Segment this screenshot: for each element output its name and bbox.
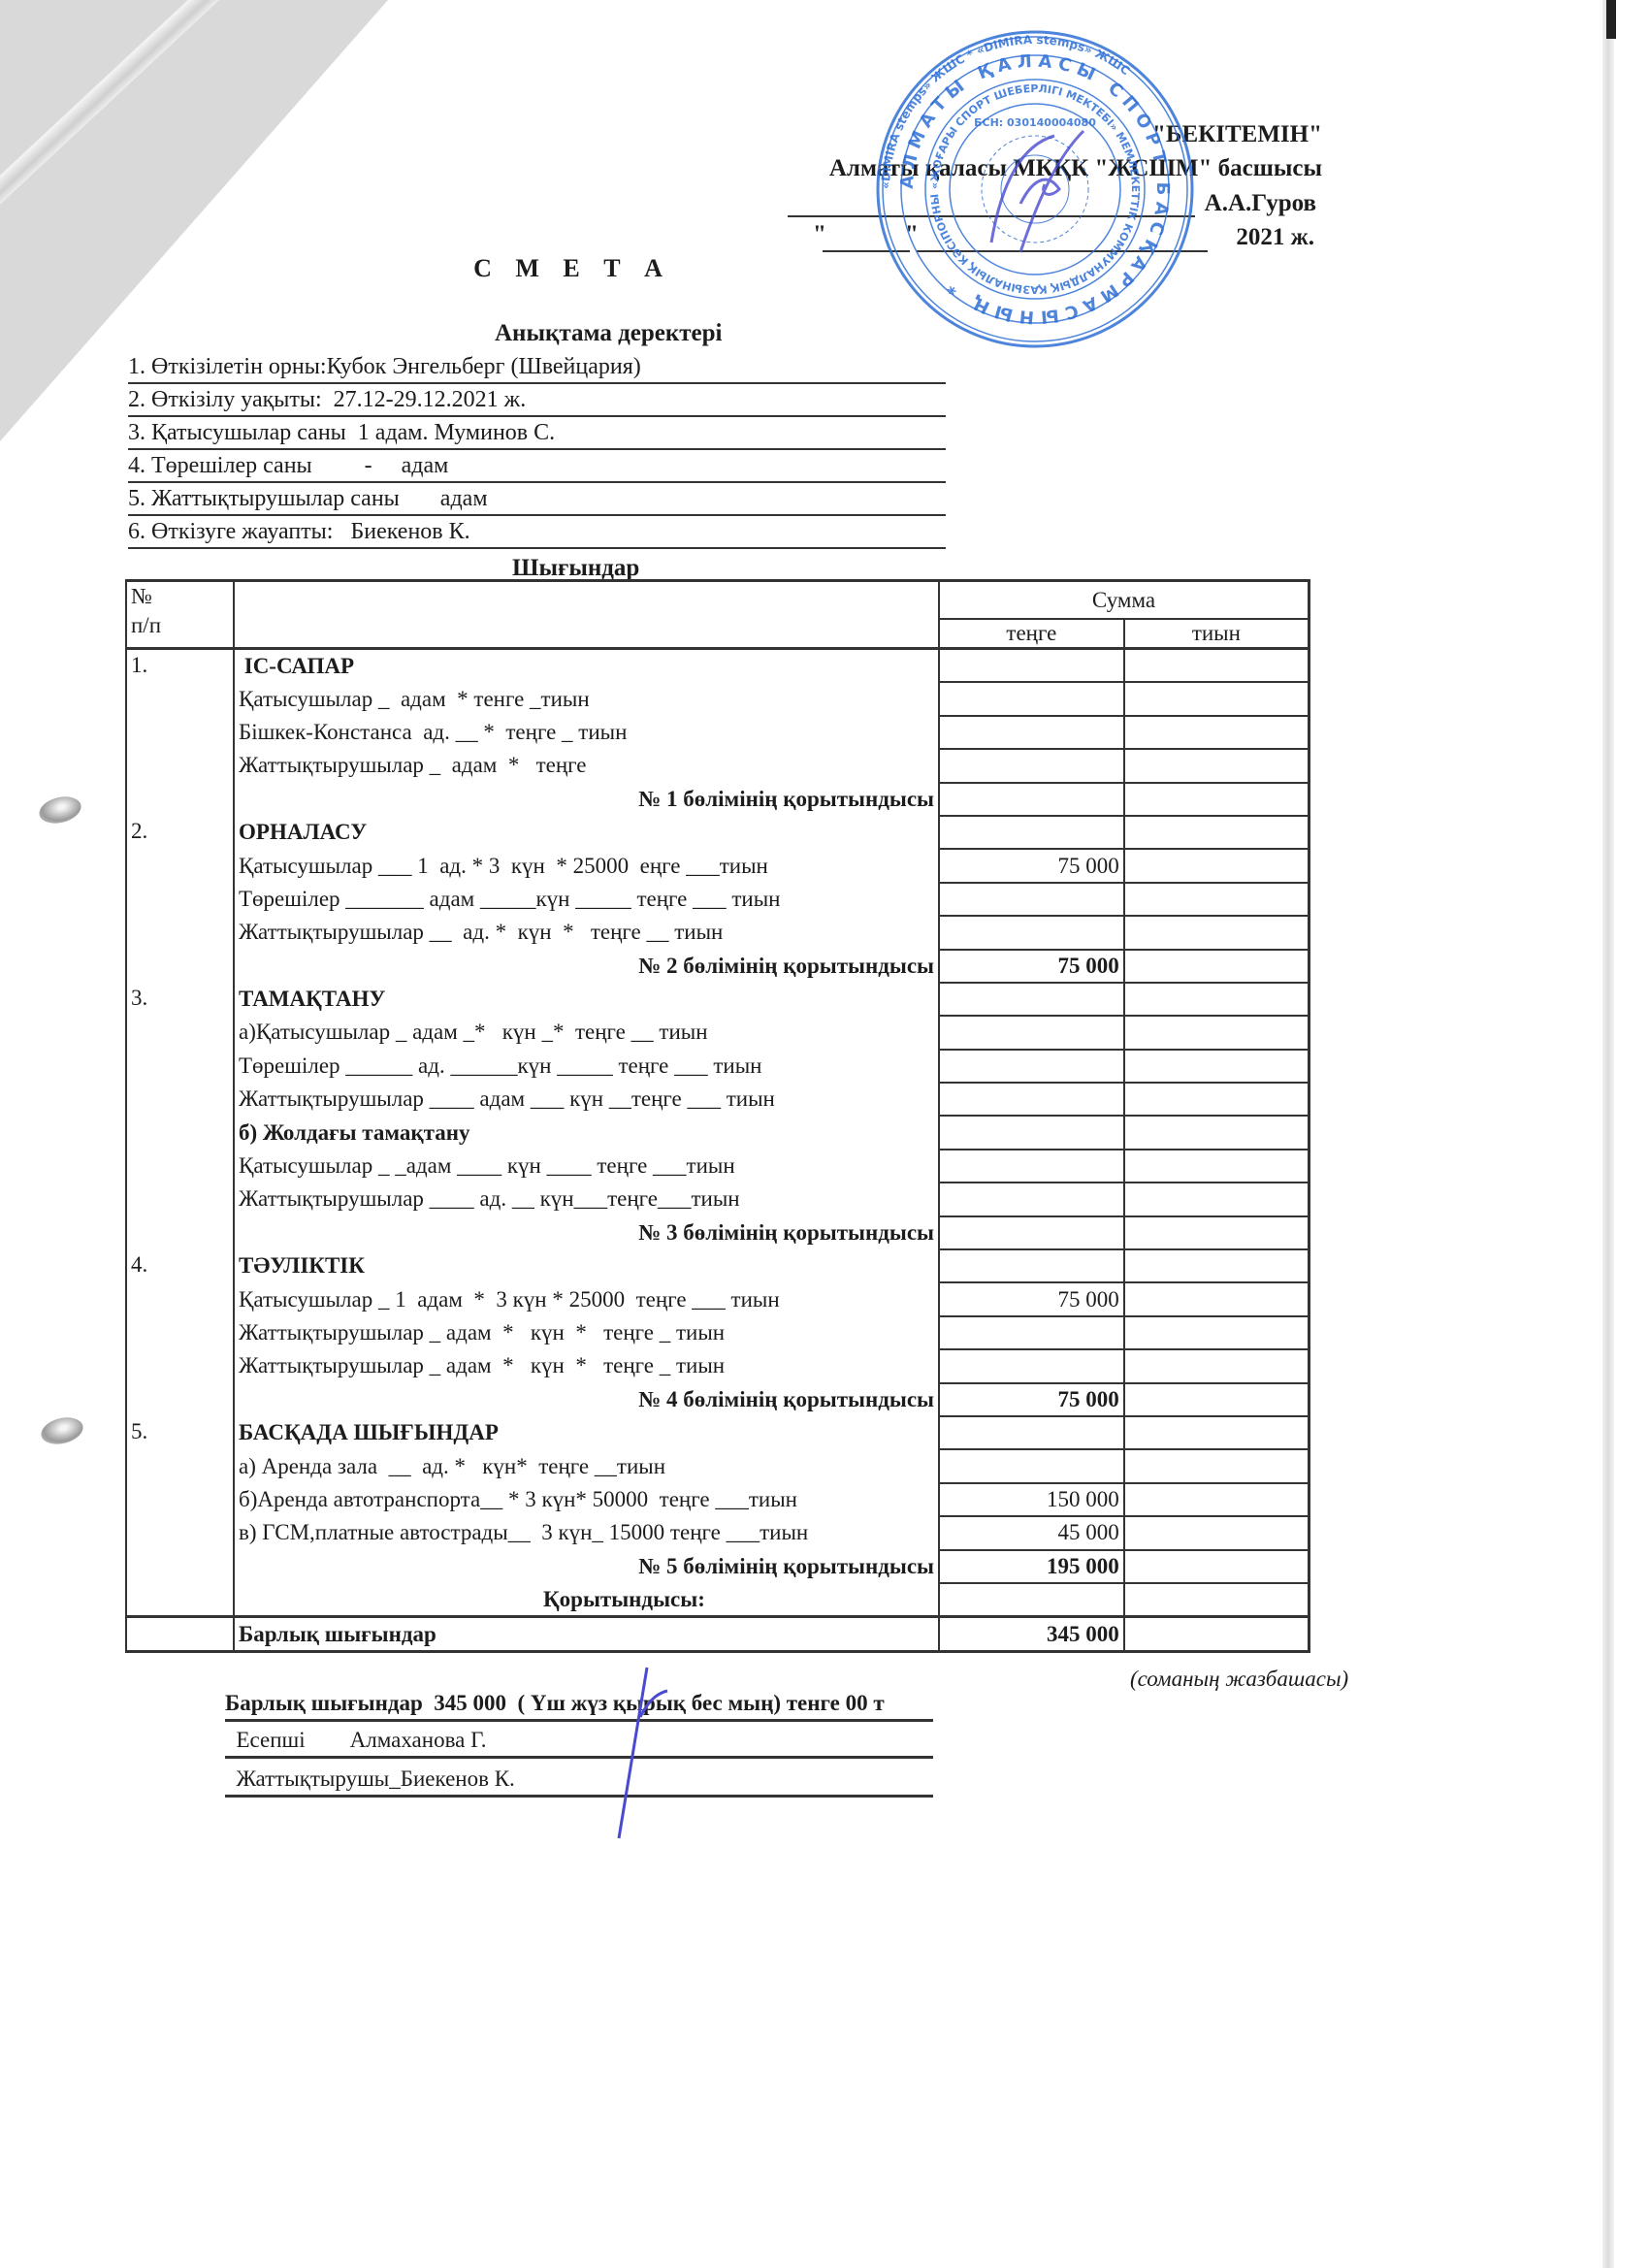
row-number [126, 1083, 234, 1116]
row-amount-tenge [939, 1316, 1124, 1349]
row-amount-tenge: 75 000 [939, 1282, 1124, 1315]
table-row: Жаттықтырушылар _ адам * теңге [126, 749, 1309, 782]
row-amount-tenge [939, 1349, 1124, 1382]
row-amount-tiyn [1124, 1550, 1309, 1583]
row-number [126, 883, 234, 916]
row-number [126, 1183, 234, 1215]
table-row: б)Аренда автотранспорта__ * 3 күн* 50000… [126, 1483, 1309, 1516]
row-number [126, 682, 234, 715]
row-description: Жаттықтырушылар __ ад. * күн * теңге __ … [234, 916, 939, 949]
row-number: 3. [126, 983, 234, 1016]
table-row: Төрешілер _______ адам _____күн _____ те… [126, 883, 1309, 916]
row-description: № 4 бөлімінің қорытындысы [234, 1383, 939, 1416]
grand-total-label: Барлық шығындар [234, 1617, 939, 1651]
row-description: Жаттықтырушылар _ адам * күн * теңге _ т… [234, 1316, 939, 1349]
document-title: С М Е Т А [0, 254, 1145, 283]
table-row: Қорытындысы: [126, 1583, 1309, 1617]
row-amount-tenge [939, 1083, 1124, 1116]
row-amount-tiyn [1124, 1216, 1309, 1249]
row-number [126, 1150, 234, 1183]
row-amount-tiyn [1124, 1183, 1309, 1215]
row-amount-tenge: 75 000 [939, 1383, 1124, 1416]
table-row: Жаттықтырушылар _ адам * күн * теңге _ т… [126, 1349, 1309, 1382]
row-amount-tiyn [1124, 1349, 1309, 1382]
table-row: Жаттықтырушылар _ адам * күн * теңге _ т… [126, 1316, 1309, 1349]
table-row: № 5 бөлімінің қорытындысы195 000 [126, 1550, 1309, 1583]
row-number: 1. [126, 649, 234, 683]
row-description: Төрешілер ______ ад. ______күн _____ тең… [234, 1050, 939, 1083]
header-number: №п/п [126, 581, 234, 649]
scanner-edge-shadow [1606, 0, 1616, 39]
row-number [126, 1316, 234, 1349]
row-number [126, 1016, 234, 1049]
table-row: Қатысушылар _ адам * тенге _тиын [126, 682, 1309, 715]
row-amount-tenge: 75 000 [939, 849, 1124, 882]
row-number [126, 1216, 234, 1249]
reference-coaches: 5. Жаттықтырушылар саны адам [128, 483, 946, 516]
expenses-table: №п/п Сумма теңге тиын 1. ІС-САПАРҚатысуш… [125, 579, 1310, 1653]
row-description: ОРНАЛАСУ [234, 816, 939, 849]
row-amount-tenge [939, 1583, 1124, 1617]
grand-total-tenge: 345 000 [939, 1617, 1124, 1651]
row-number [126, 1050, 234, 1083]
accountant-signature-line: Есепші Алмаханова Г. [225, 1725, 933, 1759]
row-amount-tiyn [1124, 1249, 1309, 1282]
row-description: Төрешілер _______ адам _____күн _____ те… [234, 883, 939, 916]
row-description: БАСҚАДА ШЫҒЫНДАР [234, 1416, 939, 1449]
reference-dates: 2. Өткізілу уақыты: 27.12-29.12.2021 ж. [128, 384, 946, 417]
row-description: а)Қатысушылар _ адам _* күн _* теңге __ … [234, 1016, 939, 1049]
row-amount-tiyn [1124, 1083, 1309, 1116]
row-description: Қатысушылар _ 1 адам * 3 күн * 25000 тең… [234, 1282, 939, 1315]
table-row: в) ГСМ,платные автострады__ 3 күн_ 15000… [126, 1516, 1309, 1549]
approval-year: 2021 ж. [1236, 224, 1314, 251]
row-number: 4. [126, 1249, 234, 1282]
row-amount-tenge [939, 916, 1124, 949]
coach-signature-stroke [611, 1664, 708, 1848]
row-number [126, 916, 234, 949]
row-amount-tiyn [1124, 1316, 1309, 1349]
row-number: 2. [126, 816, 234, 849]
punch-hole-mark [37, 793, 84, 827]
reference-referees: 4. Төрешілер саны - адам [128, 450, 946, 483]
row-amount-tenge [939, 649, 1124, 683]
row-amount-tenge [939, 716, 1124, 749]
header-tenge: теңге [939, 619, 1124, 649]
row-amount-tiyn [1124, 849, 1309, 882]
row-description: № 2 бөлімінің қорытындысы [234, 950, 939, 983]
table-row: Қатысушылар ___ 1 ад. * 3 күн * 25000 ең… [126, 849, 1309, 882]
table-row: Қатысушылар _ 1 адам * 3 күн * 25000 тең… [126, 1282, 1309, 1315]
row-amount-tenge [939, 783, 1124, 816]
row-number [126, 1116, 234, 1149]
row-number [126, 1583, 234, 1617]
header-description [234, 581, 939, 649]
header-tiyn: тиын [1124, 619, 1309, 649]
row-amount-tiyn [1124, 682, 1309, 715]
row-number [126, 1449, 234, 1482]
row-description: ТӘУЛІКТІК [234, 1249, 939, 1282]
row-amount-tiyn [1124, 1050, 1309, 1083]
row-amount-tiyn [1124, 950, 1309, 983]
row-description: б) Жолдағы тамақтану [234, 1116, 939, 1149]
row-number [126, 783, 234, 816]
table-row: Жаттықтырушылар ____ адам ___ күн __теңг… [126, 1083, 1309, 1116]
table-row: № 4 бөлімінің қорытындысы75 000 [126, 1383, 1309, 1416]
table-row: 1. ІС-САПАР [126, 649, 1309, 683]
row-amount-tenge [939, 983, 1124, 1016]
row-amount-tiyn [1124, 1282, 1309, 1315]
row-description: Бішкек-Констанса ад. __ * теңге _ тиын [234, 716, 939, 749]
approval-name: А.А.Гуров [1205, 190, 1316, 217]
row-description: Жаттықтырушылар ____ ад. __ күн___теңге_… [234, 1183, 939, 1215]
row-number [126, 749, 234, 782]
row-amount-tiyn [1124, 816, 1309, 849]
reference-heading: Анықтама деректері [495, 320, 722, 347]
row-amount-tiyn [1124, 1483, 1309, 1516]
row-description: № 3 бөлімінің қорытындысы [234, 1216, 939, 1249]
header-sum: Сумма [939, 581, 1309, 620]
row-amount-tiyn [1124, 1416, 1309, 1449]
table-row: № 1 бөлімінің қорытындысы [126, 783, 1309, 816]
row-amount-tiyn [1124, 916, 1309, 949]
row-description: ІС-САПАР [234, 649, 939, 683]
table-row: а) Аренда зала __ ад. * күн* теңге __тиы… [126, 1449, 1309, 1482]
table-row: № 3 бөлімінің қорытындысы [126, 1216, 1309, 1249]
row-amount-tiyn [1124, 1516, 1309, 1549]
stamp-bin: БСН: 030140004080 [974, 116, 1096, 129]
row-amount-tiyn [1124, 1449, 1309, 1482]
row-description: в) ГСМ,платные автострады__ 3 күн_ 15000… [234, 1516, 939, 1549]
row-amount-tenge: 45 000 [939, 1516, 1124, 1549]
punch-hole-mark [39, 1413, 86, 1448]
row-amount-tiyn [1124, 1583, 1309, 1617]
row-description: Қорытындысы: [234, 1583, 939, 1617]
table-row: 2.ОРНАЛАСУ [126, 816, 1309, 849]
row-amount-tiyn [1124, 1150, 1309, 1183]
row-amount-tiyn [1124, 649, 1309, 683]
row-description: Жаттықтырушылар _ адам * күн * теңге _ т… [234, 1349, 939, 1382]
row-amount-tiyn [1124, 783, 1309, 816]
row-amount-tiyn [1124, 883, 1309, 916]
grand-total-tiyn [1124, 1617, 1309, 1651]
row-description: Қатысушылар _ _адам ____ күн ____ теңге … [234, 1150, 939, 1183]
table-row: Бішкек-Констанса ад. __ * теңге _ тиын [126, 716, 1309, 749]
row-amount-tenge [939, 682, 1124, 715]
row-description: № 1 бөлімінің қорытындысы [234, 783, 939, 816]
row-amount-tenge [939, 1216, 1124, 1249]
row-number [126, 1516, 234, 1549]
row-number: 5. [126, 1416, 234, 1449]
scanner-edge [1602, 0, 1614, 2268]
approval-date-quote-open: " [813, 221, 826, 248]
row-amount-tiyn [1124, 983, 1309, 1016]
row-number [126, 1550, 234, 1583]
amount-in-words-line: Барлық шығындар 345 000 ( Үш жүз қырық б… [225, 1688, 933, 1722]
table-row: 3.ТАМАҚТАНУ [126, 983, 1309, 1016]
row-amount-tenge [939, 1449, 1124, 1482]
row-amount-tiyn [1124, 1383, 1309, 1416]
row-amount-tenge: 195 000 [939, 1550, 1124, 1583]
amount-in-words-note: (соманың жазбашасы) [1130, 1667, 1348, 1692]
table-row: б) Жолдағы тамақтану [126, 1116, 1309, 1149]
row-amount-tenge [939, 1150, 1124, 1183]
row-amount-tenge [939, 883, 1124, 916]
row-number [126, 1282, 234, 1315]
grand-total-number [126, 1617, 234, 1651]
reference-responsible: 6. Өткізуге жауапты: Биекенов К. [128, 516, 946, 549]
row-number [126, 1483, 234, 1516]
row-description: № 5 бөлімінің қорытындысы [234, 1550, 939, 1583]
row-amount-tiyn [1124, 749, 1309, 782]
row-amount-tiyn [1124, 716, 1309, 749]
table-row: 5.БАСҚАДА ШЫҒЫНДАР [126, 1416, 1309, 1449]
row-amount-tiyn [1124, 1016, 1309, 1049]
row-number [126, 716, 234, 749]
table-row: № 2 бөлімінің қорытындысы75 000 [126, 950, 1309, 983]
row-amount-tiyn [1124, 1116, 1309, 1149]
row-amount-tenge [939, 1116, 1124, 1149]
row-description: Қатысушылар _ адам * тенге _тиын [234, 682, 939, 715]
table-row: Қатысушылар _ _адам ____ күн ____ теңге … [126, 1150, 1309, 1183]
reference-participants: 3. Қатысушылар саны 1 адам. Муминов С. [128, 417, 946, 450]
row-number [126, 950, 234, 983]
table-row: Жаттықтырушылар __ ад. * күн * теңге __ … [126, 916, 1309, 949]
row-amount-tenge [939, 1016, 1124, 1049]
row-amount-tenge [939, 1183, 1124, 1215]
row-description: Жаттықтырушылар ____ адам ___ күн __теңг… [234, 1083, 939, 1116]
row-description: Жаттықтырушылар _ адам * теңге [234, 749, 939, 782]
table-row: Жаттықтырушылар ____ ад. __ күн___теңге_… [126, 1183, 1309, 1215]
reference-venue: 1. Өткізілетін орны:Кубок Энгельберг (Шв… [128, 351, 946, 384]
row-amount-tenge [939, 1416, 1124, 1449]
row-amount-tenge [939, 1050, 1124, 1083]
row-description: Қатысушылар ___ 1 ад. * 3 күн * 25000 ең… [234, 849, 939, 882]
expenses-heading: Шығындар [512, 555, 639, 582]
row-amount-tenge [939, 749, 1124, 782]
row-number [126, 849, 234, 882]
row-number [126, 1383, 234, 1416]
row-amount-tenge: 150 000 [939, 1483, 1124, 1516]
table-row: Төрешілер ______ ад. ______күн _____ тең… [126, 1050, 1309, 1083]
row-description: б)Аренда автотранспорта__ * 3 күн* 50000… [234, 1483, 939, 1516]
row-amount-tenge [939, 816, 1124, 849]
row-description: а) Аренда зала __ ад. * күн* теңге __тиы… [234, 1449, 939, 1482]
row-amount-tenge: 75 000 [939, 950, 1124, 983]
table-row: а)Қатысушылар _ адам _* күн _* теңге __ … [126, 1016, 1309, 1049]
grand-total-row: Барлық шығындар345 000 [126, 1617, 1309, 1651]
organization-stamp: «DIMIRA stemps» ЖШС * «DIMIRA stemps» ЖШ… [875, 29, 1195, 349]
table-row: 4.ТӘУЛІКТІК [126, 1249, 1309, 1282]
coach-signature-line: Жаттықтырушы_Биекенов К. [225, 1764, 933, 1798]
approval-signature-scribble [991, 131, 1083, 252]
row-description: ТАМАҚТАНУ [234, 983, 939, 1016]
row-amount-tenge [939, 1249, 1124, 1282]
row-number [126, 1349, 234, 1382]
